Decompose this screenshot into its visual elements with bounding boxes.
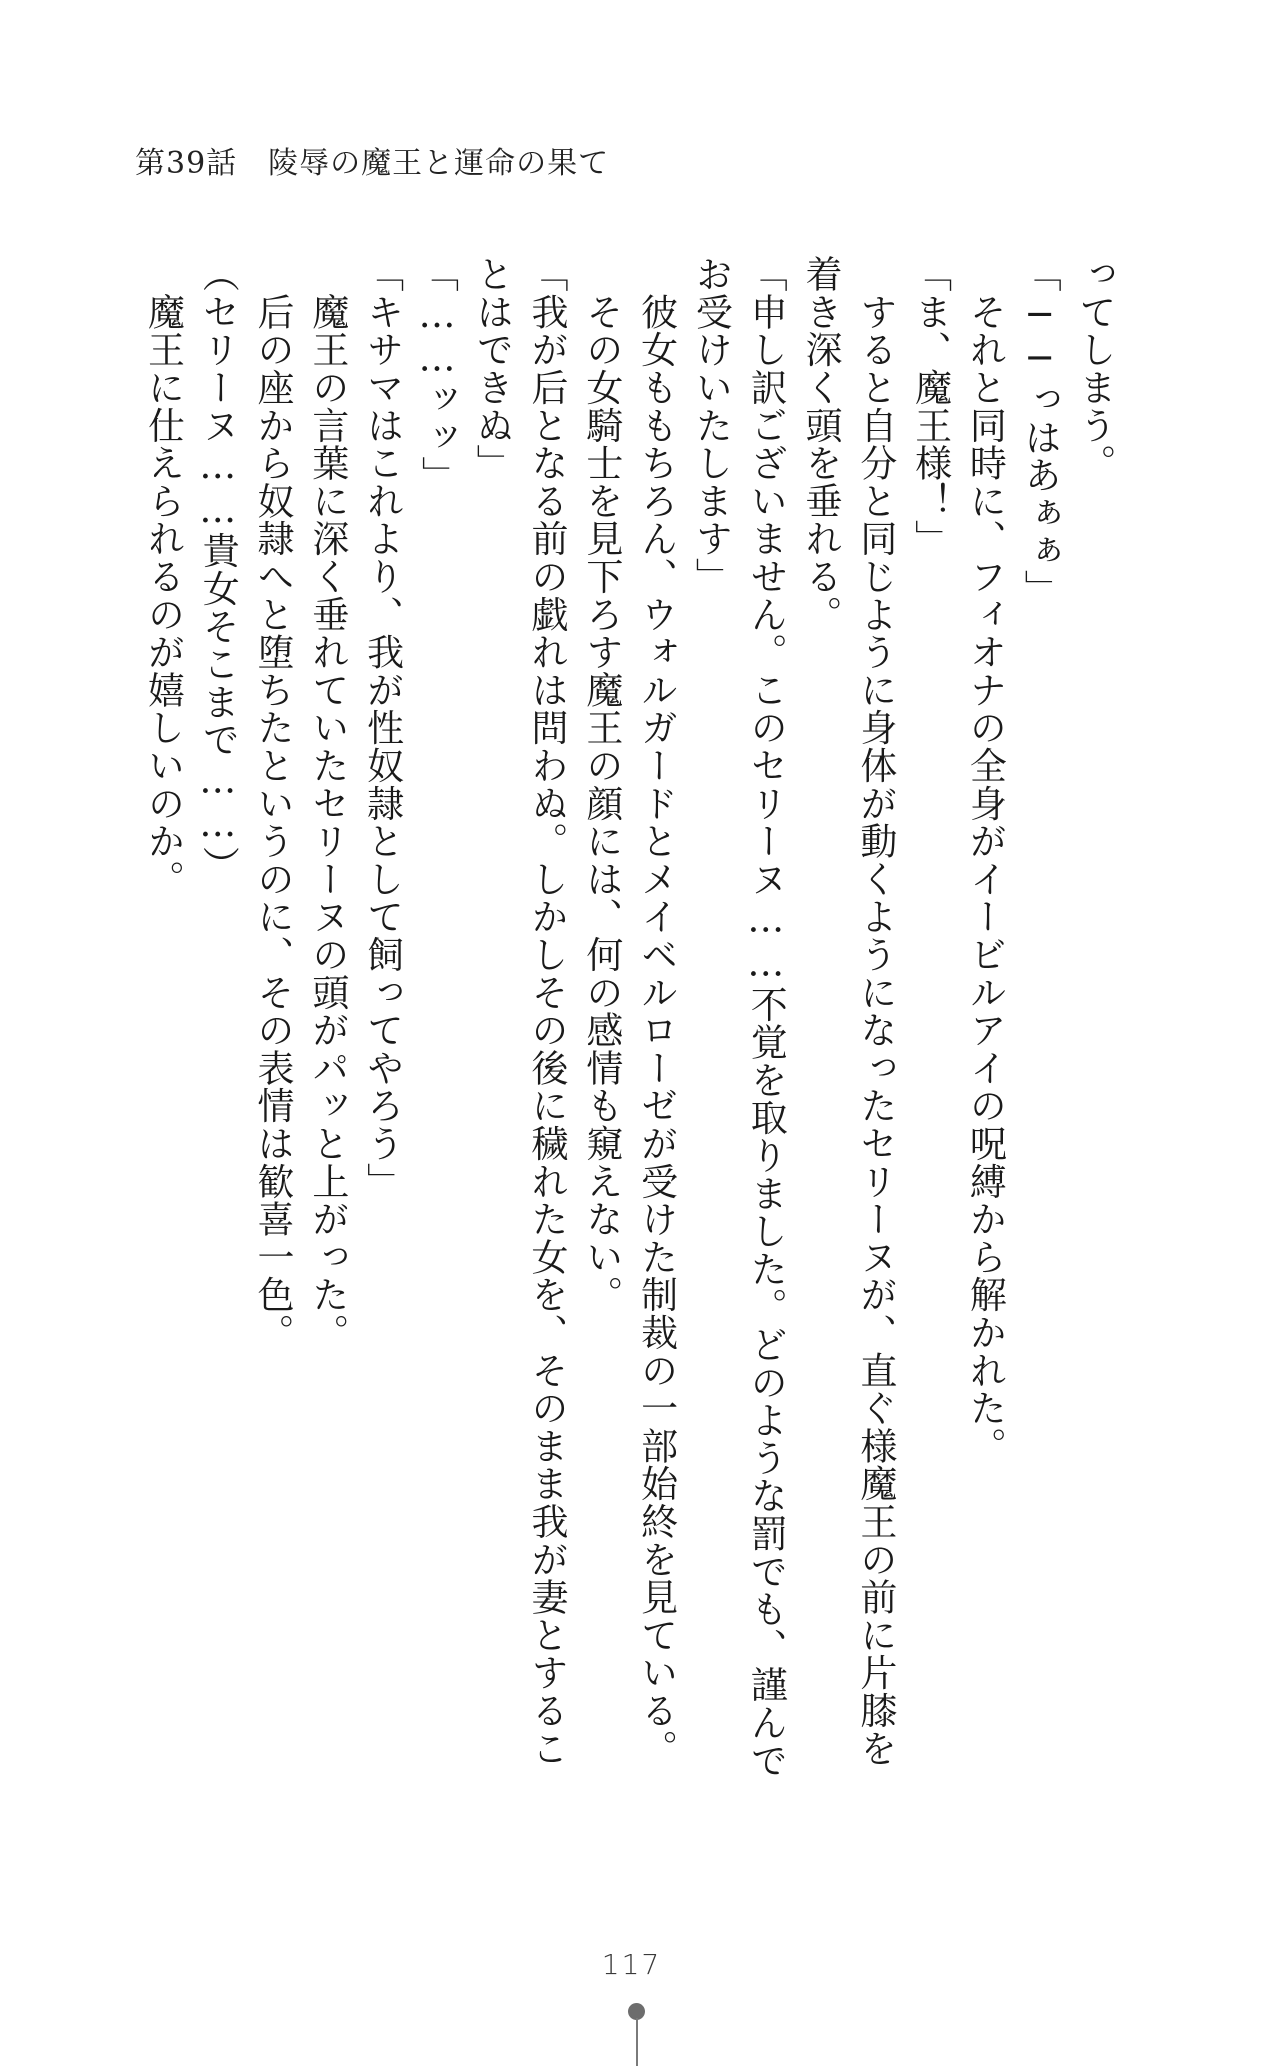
text-line: （セリーヌ……貴女そこまで……） — [197, 255, 237, 1655]
text-line: 「──っはあぁぁ」 — [1019, 255, 1059, 1655]
text-line: 「ま、魔王様！」 — [910, 255, 950, 1655]
text-line: 「キサマはこれより、我が性奴隷として飼ってやろう」 — [362, 255, 402, 1655]
text-line: 「……ッッ」 — [416, 255, 456, 1655]
text-line: 魔王の言葉に深く垂れていたセリーヌの頭がパッと上がった。 — [307, 255, 347, 1655]
running-head-chapter-title: 第39話 陵辱の魔王と運命の果て — [135, 138, 609, 182]
body-text-vertical: ってしまう。 「──っはあぁぁ」 それと同時に、フィオナの全身がイービルアイの呪… — [142, 255, 1114, 1655]
folio-line-ornament — [636, 2018, 638, 2066]
text-line: 着き深く頭を垂れる。 — [800, 255, 840, 1655]
text-line: 彼女ももちろん、ウォルガードとメイベルローゼが受けた制裁の一部始終を見ている。 — [636, 255, 676, 1655]
text-line: 「我が后となる前の戯れは問わぬ。しかしその後に穢れた女を、そのまま我が妻とするこ — [526, 255, 566, 1655]
text-line: お受けいたします」 — [690, 255, 730, 1655]
text-line: 「申し訳ございません。このセリーヌ……不覚を取りました。どのような罰でも、謹んで — [745, 255, 785, 1655]
text-line: 后の座から奴隷へと堕ちたというのに、その表情は歓喜一色。 — [252, 255, 292, 1655]
text-line: ってしまう。 — [1074, 255, 1114, 1655]
text-line: とはできぬ」 — [471, 255, 511, 1655]
text-line: 魔王に仕えられるのが嬉しいのか。 — [142, 255, 182, 1655]
text-line: すると自分と同じように身体が動くようになったセリーヌが、直ぐ様魔王の前に片膝を — [855, 255, 895, 1655]
text-line: その女騎士を見下ろす魔王の顔には、何の感情も窺えない。 — [581, 255, 621, 1655]
page-number: 117 — [0, 1948, 1263, 1981]
text-line: それと同時に、フィオナの全身がイービルアイの呪縛から解かれた。 — [964, 255, 1004, 1655]
